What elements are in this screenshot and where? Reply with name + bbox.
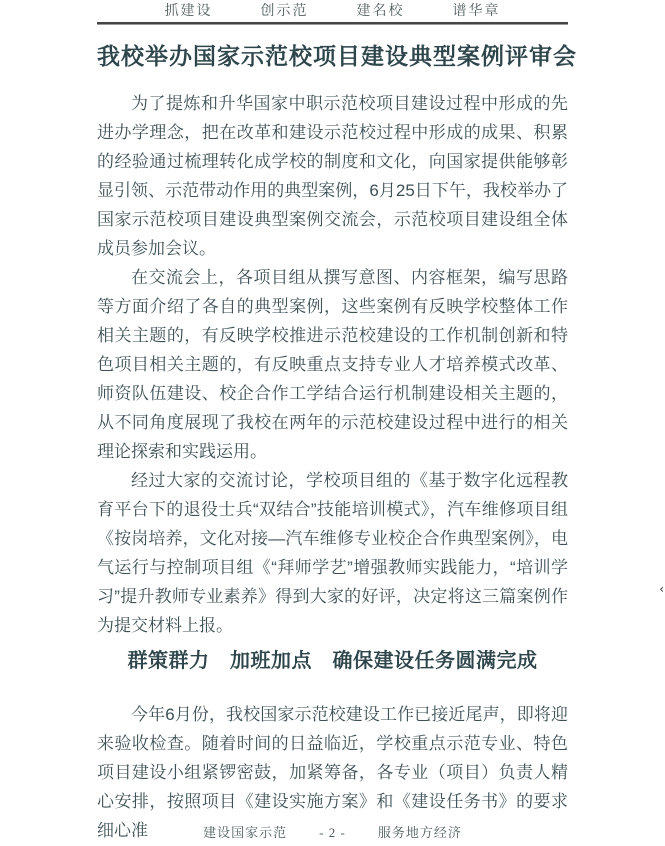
footer-right-text: 服务地方经济 [378,826,462,840]
header-rule [97,22,568,25]
article-paragraph-2: 在交流会上，各项目组从撰写意图、内容框架，编写思路等方面介绍了各自的典型案例，这… [97,263,568,466]
section-heading: 群策群力 加班加点 确保建设任务圆满完成 [97,648,568,674]
footer-page-number: - 2 - [319,826,346,840]
header-slogan-3: 建名校 [357,4,405,20]
header-slogans: 抓建设 创示范 建名校 谱华章 [97,4,568,20]
chevron-left-icon[interactable]: ‹ [659,583,664,595]
header-slogan-2: 创示范 [261,4,309,20]
article-paragraph-3: 经过大家的交流讨论，学校项目组的《基于数字化远程教育平台下的退役士兵“双结合”技… [97,466,568,640]
article-paragraph-1: 为了提炼和升华国家中职示范校项目建设过程中形成的先进办学理念，把在改革和建设示范… [97,89,568,263]
header-slogan-4: 谱华章 [453,4,501,20]
page-footer: 建设国家示范 - 2 - 服务地方经济 [0,826,665,840]
footer-left-text: 建设国家示范 [203,826,287,840]
section-paragraph-1: 今年6月份，我校国家示范校建设工作已接近尾声，即将迎来验收检查。随着时间的日益临… [97,700,568,845]
header-slogan-1: 抓建设 [165,4,213,20]
article-title: 我校举办国家示范校项目建设典型案例评审会 [97,43,568,70]
document-page: 抓建设 创示范 建名校 谱华章 我校举办国家示范校项目建设典型案例评审会 为了提… [0,0,665,846]
